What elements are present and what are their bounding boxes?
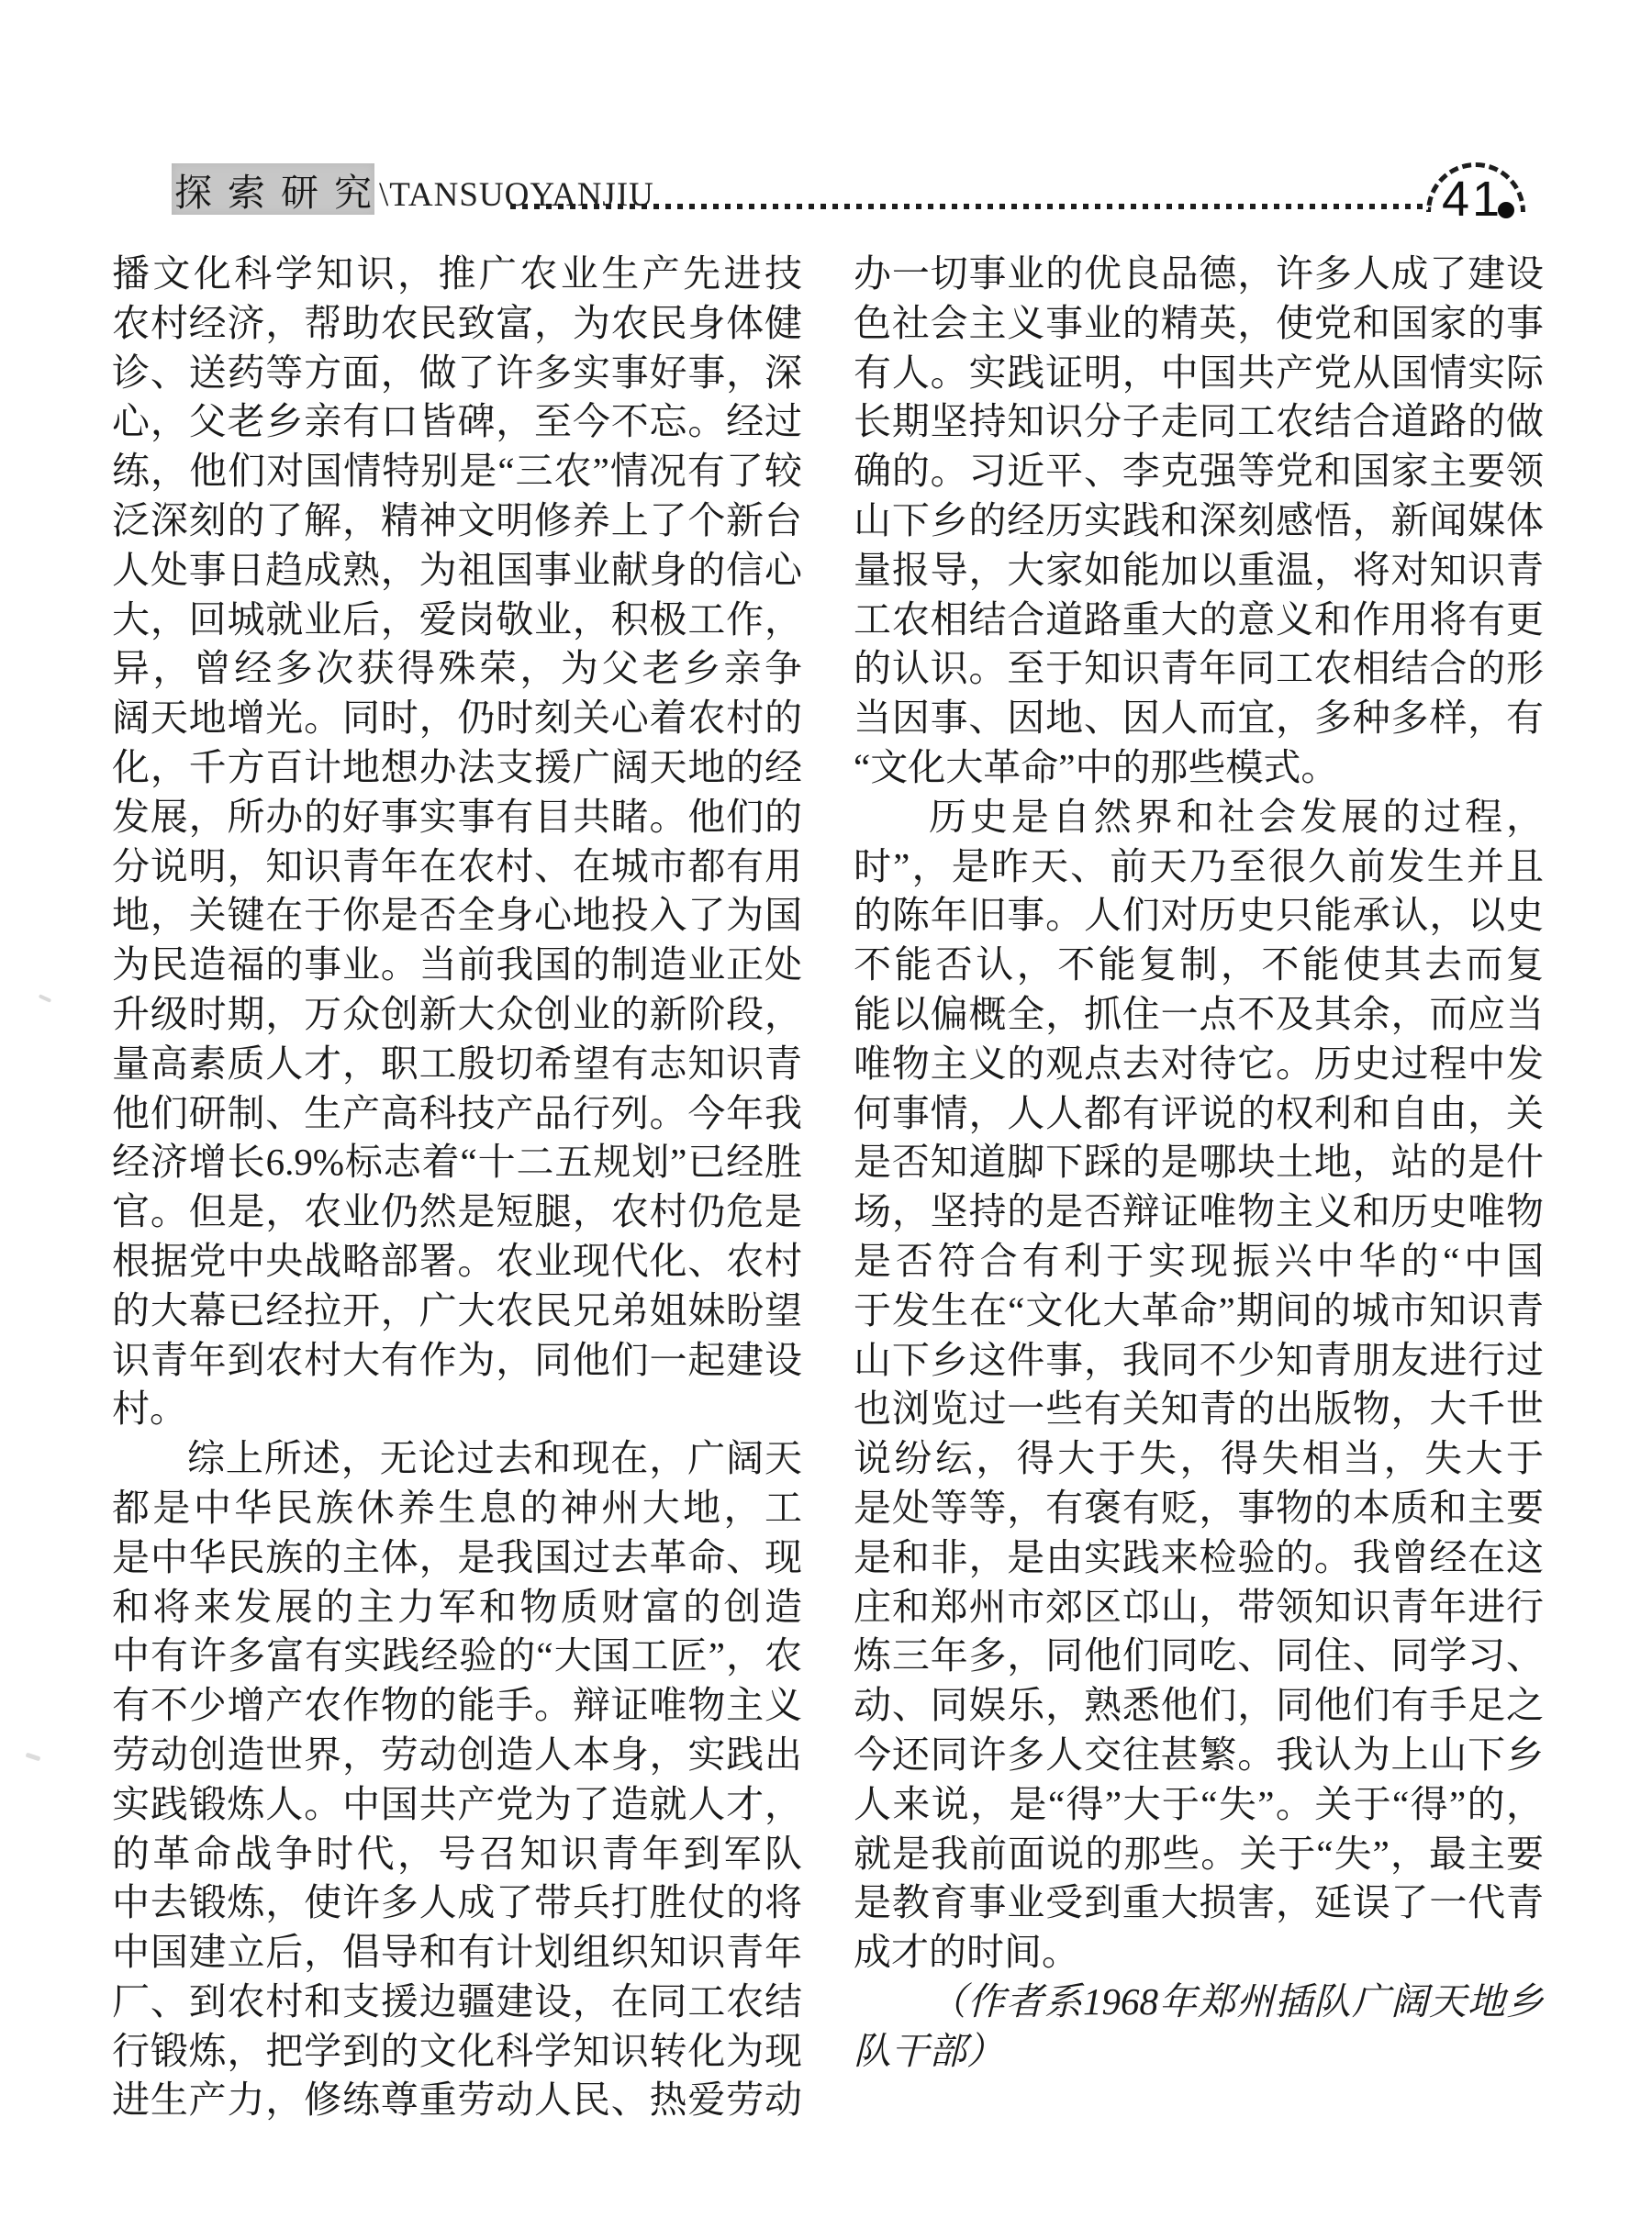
page-number: 41: [1442, 171, 1502, 228]
text-line: 劳动创造世界，劳动创造人本身，实践出真知，: [112, 1731, 802, 1780]
text-line: 识青年到农村大有作为，同他们一起建设新农: [112, 1336, 802, 1386]
text-line: 长期坚持知识分子走同工农结合道路的做法是正: [854, 397, 1544, 447]
text-line: 分说明，知识青年在农村、在城市都有用武之: [112, 842, 802, 892]
text-line: 的陈年旧事。人们对历史只能承认，以史为镜，: [854, 891, 1544, 941]
text-line: 阔天地增光。同时，仍时刻关心着农村的发展变: [112, 694, 802, 743]
text-line: 能以偏概全，抓住一点不及其余，而应当以历史: [854, 990, 1544, 1040]
text-line: 都是中华民族休养生息的神州大地，工人、农民: [112, 1484, 802, 1533]
paragraph: 播文化科学知识，推广农业生产先进技术，发展农村经济，帮助农民致富，为农民身体健康…: [112, 250, 802, 1434]
text-line: 村。: [112, 1385, 802, 1434]
text-line: 行锻炼，把学到的文化科学知识转化为现实的先: [112, 2027, 802, 2077]
text-line: 唯物主义的观点去对待它。历史过程中发生的任: [854, 1040, 1544, 1089]
text-line: 他们研制、生产高科技产品行列。今年我国国民: [112, 1089, 802, 1139]
text-line: 于发生在“文化大革命”期间的城市知识青年上: [854, 1287, 1544, 1336]
text-line: 官。但是，农业仍然是短腿，农村仍危是短板。: [112, 1187, 802, 1237]
text-line: 说纷纭，得大于失，得失相当，失大于得，一无: [854, 1434, 1544, 1484]
section-title: 探索研究: [159, 162, 387, 217]
text-line: （作者系1968年郑州插队广阔天地乡知青带: [854, 1978, 1544, 2027]
text-line: 发展，所办的好事实事有目共睹。他们的实践充: [112, 793, 802, 842]
text-line: 进生产力，修练尊重劳动人民、热爱劳动和勤俭: [112, 2076, 802, 2125]
text-line: 的革命战争时代，号召知识青年到军队中、战争: [112, 1830, 802, 1879]
text-line: 泛深刻的了解，精神文明修养上了个新台阶，为: [112, 496, 802, 546]
text-line: 色社会主义事业的精英，使党和国家的事业后继: [854, 299, 1544, 349]
text-line: 时”，是昨天、前天乃至很久前发生并且已终了: [854, 842, 1544, 892]
text-line: 播文化科学知识，推广农业生产先进技术，发展: [112, 250, 802, 299]
text-line: 和将来发展的主力军和物质财富的创造者，工人: [112, 1583, 802, 1633]
text-line: 山下乡的经历实践和深刻感悟，新闻媒体早有大: [854, 496, 1544, 546]
scan-artifact: [39, 994, 51, 1003]
text-line: “文化大革命”中的那些模式。: [854, 743, 1544, 793]
text-line: 是否符合有利于实现振兴中华的“中国梦”。对: [854, 1237, 1544, 1287]
text-line: 人来说，是“得”大于“失”。关于“得”的，: [854, 1780, 1544, 1830]
paragraph: 历史是自然界和社会发展的过程，是“过去时”，是昨天、前天乃至很久前发生并且已终了…: [854, 793, 1544, 1978]
author-note-paragraph: （作者系1968年郑州插队广阔天地乡知青带队干部）: [854, 1978, 1544, 2077]
text-line: 不能否认，不能复制，不能使其去而复始，也不: [854, 941, 1544, 990]
paragraph: 综上所述，无论过去和现在，广阔天地指的都是中华民族休养生息的神州大地，工人、农民…: [112, 1434, 802, 2125]
text-line: 山下乡这件事，我同不少知青朋友进行过交谈，: [854, 1336, 1544, 1386]
text-line: 大，回城就业后，爱岗敬业，积极工作，业绩优: [112, 596, 802, 645]
text-line: 心，父老乡亲有口皆碑，至今不忘。经过多年历: [112, 397, 802, 447]
scanned-journal-page: { "colors": { "paper": "#ffffff", "ink":…: [0, 0, 1652, 2240]
text-line: 的大幕已经拉开，广大农民兄弟姐妹盼望更多知: [112, 1287, 802, 1336]
text-line: 异，曾经多次获得殊荣，为父老乡亲争气，为广: [112, 644, 802, 694]
text-line: 炼三年多，同他们同吃、同住、同学习、同劳: [854, 1632, 1544, 1681]
text-line: 地，关键在于你是否全身心地投入了为国奉献、: [112, 891, 802, 941]
text-line: 是否知道脚下踩的是哪块土地，站的是什么立: [854, 1138, 1544, 1187]
text-line: 庄和郑州市郊区邙山，带领知识青年进行劳动锻: [854, 1583, 1544, 1633]
text-line: 是处等等，有褒有贬，事物的本质和主要方面的: [854, 1484, 1544, 1533]
text-line: 场，坚持的是否辩证唯物主义和历史唯物主义，: [854, 1187, 1544, 1237]
article-right-column: 办一切事业的优良品德，许多人成了建设中国特色社会主义事业的精英，使党和国家的事业…: [854, 250, 1544, 2076]
text-line: 也浏览过一些有关知青的出版物，大千世界，众: [854, 1385, 1544, 1434]
text-line: 是中华民族的主体，是我国过去革命、现在建设: [112, 1533, 802, 1583]
text-line: 量报导，大家如能加以重温，将对知识青年走同: [854, 546, 1544, 596]
text-line: 诊、送药等方面，做了许多实事好事，深得人: [112, 349, 802, 398]
text-line: 中去锻炼，使许多人成了带兵打胜仗的将领；新: [112, 1878, 802, 1928]
article-left-column: 播文化科学知识，推广农业生产先进技术，发展农村经济，帮助农民致富，为农民身体健康…: [112, 250, 802, 2125]
text-line: 中有许多富有实践经验的“大国工匠”，农民中: [112, 1632, 802, 1681]
header-dotted-rule: [510, 204, 1428, 209]
text-line: 何事情，人人都有评说的权利和自由，关键是您: [854, 1089, 1544, 1139]
text-line: 为民造福的事业。当前我国的制造业正处于转型: [112, 941, 802, 990]
text-line: 历史是自然界和社会发展的过程，是“过去: [854, 793, 1544, 842]
text-line: 成才的时间。: [854, 1928, 1544, 1978]
text-line: 农村经济，帮助农民致富，为农民身体健康义: [112, 299, 802, 349]
text-line: 动、同娱乐，熟悉他们，同他们有手足之情，至: [854, 1681, 1544, 1731]
text-line: 量高素质人才，职工殷切希望有志知识青年加入: [112, 1040, 802, 1089]
text-line: 有不少增产农作物的能手。辩证唯物主义认为，: [112, 1681, 802, 1731]
text-line: 厂、到农村和支援边疆建设，在同工农结合中进: [112, 1978, 802, 2027]
text-line: 中国建立后，倡导和有计划组织知识青年下工: [112, 1928, 802, 1978]
text-line: 升级时期，万众创新大众创业的新阶段，需要大: [112, 990, 802, 1040]
paragraph: 办一切事业的优良品德，许多人成了建设中国特色社会主义事业的精英，使党和国家的事业…: [854, 250, 1544, 793]
text-line: 实践锻炼人。中国共产党为了造就人才，在过去: [112, 1780, 802, 1830]
text-line: 确的。习近平、李克强等党和国家主要领导人上: [854, 447, 1544, 496]
text-line: 办一切事业的优良品德，许多人成了建设中国特: [854, 250, 1544, 299]
text-line: 化，千方百计地想办法支援广阔天地的经济社会: [112, 743, 802, 793]
text-line: 的认识。至于知识青年同工农相结合的形式，应: [854, 644, 1544, 694]
text-line: 工农相结合道路重大的意义和作用将有更加深刻: [854, 596, 1544, 645]
scan-artifact: [26, 1753, 41, 1762]
text-line: 是和非，是由实践来检验的。我曾经在这里的邱: [854, 1533, 1544, 1583]
text-line: 经济增长6.9%标志着“十二五规划”已经胜利收: [112, 1138, 802, 1187]
text-line: 人处事日趋成熟，为祖国事业献身的信心决心更: [112, 546, 802, 596]
text-line: 是教育事业受到重大损害，延误了一代青年求知: [854, 1878, 1544, 1928]
text-line: 练，他们对国情特别是“三农”情况有了较为广: [112, 447, 802, 496]
text-line: 当因事、因地、因人而宜，多种多样，有别于: [854, 694, 1544, 743]
text-line: 综上所述，无论过去和现在，广阔天地指的: [112, 1434, 802, 1484]
section-title-box: 探索研究: [172, 163, 374, 215]
text-line: 有人。实践证明，中国共产党从国情实际出发，: [854, 349, 1544, 398]
text-line: 今还同许多人交往甚繁。我认为上山下乡对不少: [854, 1731, 1544, 1780]
text-line: 队干部）: [854, 2027, 1544, 2077]
text-line: 就是我前面说的那些。关于“失”，最主要的就: [854, 1830, 1544, 1879]
text-line: 根据党中央战略部署。农业现代化、农村城镇化: [112, 1237, 802, 1287]
